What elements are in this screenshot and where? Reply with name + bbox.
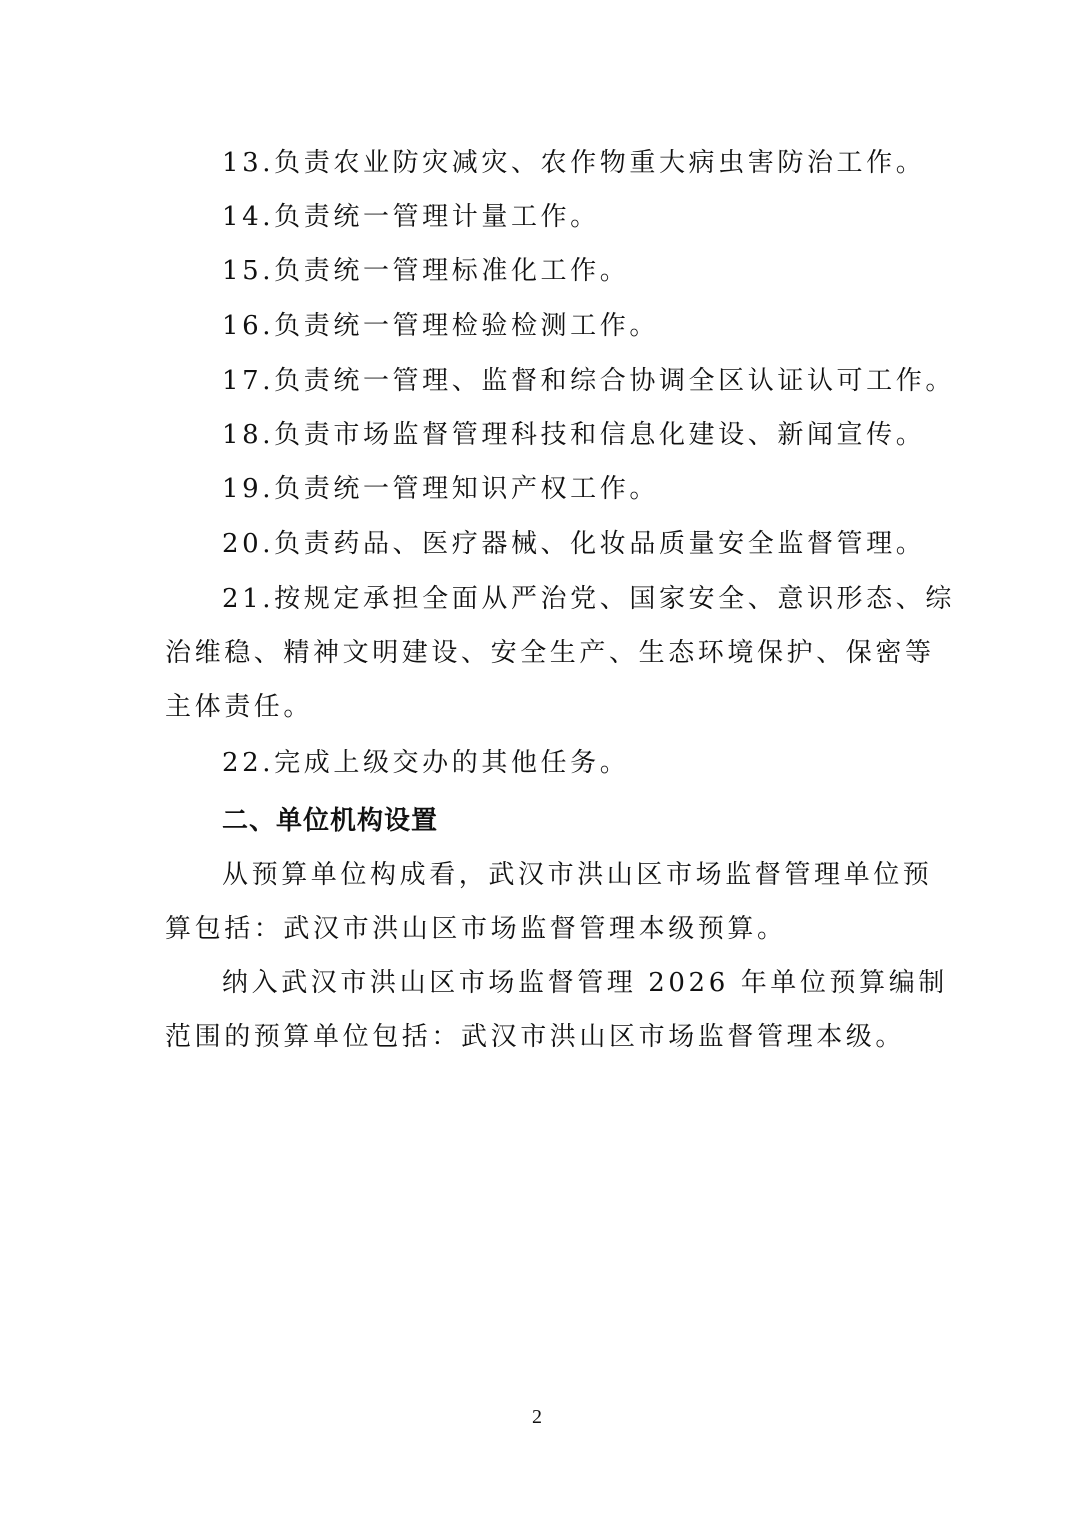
paragraph-1-line1: 从预算单位构成看，武汉市洪山区市场监督管理单位预 bbox=[222, 857, 932, 893]
document-page: 13.负责农业防灾减灾、农作物重大病虫害防治工作。 14.负责统一管理计量工作。… bbox=[0, 0, 1074, 1520]
list-item-17: 17.负责统一管理、监督和综合协调全区认证认可工作。 bbox=[222, 363, 955, 399]
list-item-21-line2: 治维稳、精神文明建设、安全生产、生态环境保护、保密等 bbox=[165, 635, 935, 671]
paragraph-2-line2: 范围的预算单位包括：武汉市洪山区市场监督管理本级。 bbox=[165, 1019, 905, 1055]
list-item-13: 13.负责农业防灾减灾、农作物重大病虫害防治工作。 bbox=[222, 145, 925, 181]
list-item-19: 19.负责统一管理知识产权工作。 bbox=[222, 471, 659, 507]
list-item-14: 14.负责统一管理计量工作。 bbox=[222, 199, 600, 235]
list-item-22: 22.完成上级交办的其他任务。 bbox=[222, 745, 629, 781]
page-number: 2 bbox=[0, 1405, 1074, 1429]
paragraph-2-line1: 纳入武汉市洪山区市场监督管理 2026 年单位预算编制 bbox=[222, 965, 948, 1001]
list-item-21-line3: 主体责任。 bbox=[165, 689, 313, 725]
list-item-21-line1: 21.按规定承担全面从严治党、国家安全、意识形态、综 bbox=[222, 581, 955, 617]
list-item-16: 16.负责统一管理检验检测工作。 bbox=[222, 308, 659, 344]
list-item-20: 20.负责药品、医疗器械、化妆品质量安全监督管理。 bbox=[222, 526, 925, 562]
list-item-18: 18.负责市场监督管理科技和信息化建设、新闻宣传。 bbox=[222, 417, 925, 453]
section-heading: 二、单位机构设置 bbox=[222, 803, 438, 839]
paragraph-1-line2: 算包括：武汉市洪山区市场监督管理本级预算。 bbox=[165, 911, 787, 947]
list-item-15: 15.负责统一管理标准化工作。 bbox=[222, 253, 629, 289]
